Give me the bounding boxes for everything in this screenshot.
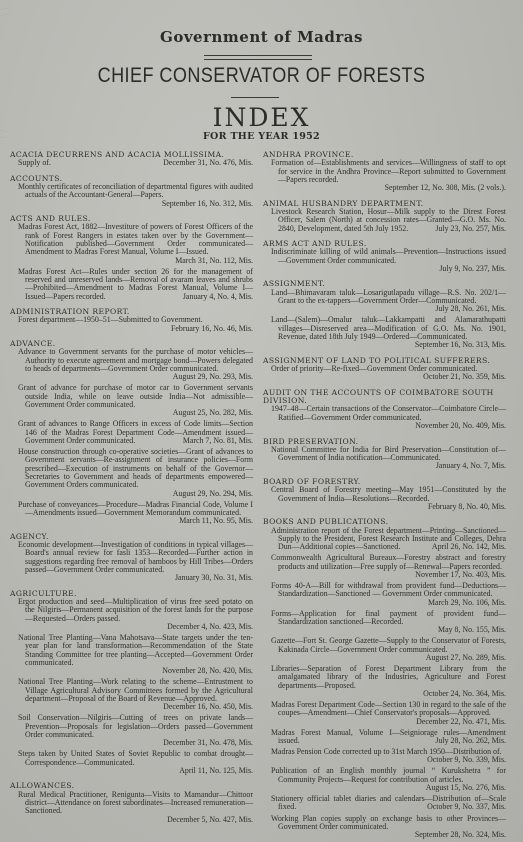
- index-section: ACACIA DECURRENS AND ACACIA MOLLISSIMA.S…: [10, 151, 253, 168]
- index-section: AGENCY.Economic development—Investigatio…: [10, 533, 253, 583]
- index-entry: Order of priority—Re-fixed—Government Or…: [263, 365, 506, 382]
- index-section: AGRICULTURE.Ergot production and seed—Mu…: [10, 590, 253, 775]
- index-section: BOARD OF FORESTRY.Central Board of Fores…: [263, 478, 506, 511]
- entry-text: Madras Pension Code corrected up to 31st…: [271, 747, 502, 756]
- section-heading: AUDIT ON THE ACCOUNTS OF COIMBATORE SOUT…: [263, 389, 506, 406]
- entry-reference: December 16, No. 450, Mis.: [25, 703, 253, 711]
- entry-reference: February 16, No. 46, Mis.: [25, 325, 253, 333]
- index-entry: National Committee for India for Bird Pr…: [263, 446, 506, 471]
- index-entry: Forms 40-A—Bill for withdrawal from prov…: [263, 582, 506, 607]
- document-page: Government of Madras CHIEF CONSERVATOR O…: [0, 0, 523, 842]
- entry-text: Libraries—Separation of Forest Departmen…: [271, 664, 506, 690]
- index-entry: Formation of—Establishments and services…: [263, 159, 506, 192]
- index-column-left: ACACIA DECURRENS AND ACACIA MOLLISSIMA.S…: [10, 151, 253, 831]
- entry-reference: September 28, No. 324, Mis.: [278, 831, 506, 839]
- index-entry: National Tree Planting—Work relating to …: [10, 678, 253, 711]
- department-title: CHIEF CONSERVATOR OF FORESTS: [37, 64, 487, 88]
- index-entry: Madras Forest Act, 1882—Investiture of p…: [10, 223, 253, 264]
- entry-text: Commonwealth Agricultural Bureaux—Forest…: [271, 553, 506, 570]
- entry-text: Advance to Government servants for the p…: [18, 347, 253, 373]
- entry-reference: November 28, No. 420, Mis.: [25, 667, 253, 675]
- entry-text: Grant of advance for purchase of motor c…: [18, 383, 253, 409]
- entry-reference: August 25, No. 282, Mis.: [25, 409, 253, 417]
- entry-text: Ergot production and seed—Multiplication…: [18, 597, 253, 623]
- index-entry: Soil Conservation—Nilgiris—Cutting of tr…: [10, 714, 253, 747]
- double-rule-divider: [204, 55, 312, 60]
- entry-reference: August 29, No. 294, Mis.: [25, 490, 253, 498]
- index-entry: Working Plan copies supply on exchange b…: [263, 815, 506, 840]
- index-entry: Forest department—1950–51—Submitted to G…: [10, 316, 253, 333]
- index-section: ASSIGNMENT.Land—Bhimavaram taluk—Losarig…: [263, 280, 506, 349]
- entry-text: Working Plan copies supply on exchange b…: [271, 814, 506, 831]
- entry-reference: January 4, No. 4, Mis.: [183, 293, 253, 301]
- entry-reference: March 11, No. 95, Mis.: [179, 517, 253, 525]
- index-entry: Libraries—Separation of Forest Departmen…: [263, 665, 506, 698]
- index-section: ARMS ACT AND RULES.Indiscriminate killin…: [263, 240, 506, 273]
- index-section: AUDIT ON THE ACCOUNTS OF COIMBATORE SOUT…: [263, 389, 506, 430]
- index-entry: Gazette—Fort St. George Gazette—Supply t…: [263, 637, 506, 662]
- index-title: INDEX: [0, 103, 523, 132]
- entry-reference: September 16, No. 312, Mis.: [162, 200, 253, 208]
- index-entry: Stationery official tablet diaries and c…: [263, 795, 506, 812]
- index-entry: Land—(Salem)—Omalur taluk—Lakkampatti an…: [263, 316, 506, 349]
- entry-reference: December 22, No. 471, Mis.: [416, 718, 506, 726]
- rule-divider: [231, 97, 279, 98]
- entry-text: Madras Forest Act, 1882—Investiture of p…: [18, 222, 253, 256]
- entry-text: House construction through co-operative …: [18, 447, 253, 489]
- index-entry: Administration report of the Forest depa…: [263, 527, 506, 552]
- index-section: BIRD PRESERVATION.National Committee for…: [263, 438, 506, 471]
- index-entry: Steps taken by United States of Soviet R…: [10, 750, 253, 775]
- entry-reference: October 9, No. 339, Mis.: [427, 756, 506, 764]
- entry-reference: July 9, No. 237, Mis.: [278, 265, 506, 273]
- index-entry: Madras Forest Manual, Volume I—Seigniora…: [263, 729, 506, 746]
- entry-text: Steps taken by United States of Soviet R…: [18, 749, 253, 766]
- entry-text: Purchase of conveyances—Procedure—Madras…: [18, 500, 253, 517]
- index-section: ANIMAL HUSBANDRY DEPARTMENT.Livestock Re…: [263, 200, 506, 233]
- index-entry: Commonwealth Agricultural Bureaux—Forest…: [263, 554, 506, 579]
- index-entry: 1947–48—Certain transactions of the Cons…: [263, 405, 506, 430]
- entry-text: National Committee for India for Bird Pr…: [271, 445, 506, 462]
- index-section: ADMINISTRATION REPORT.Forest department—…: [10, 308, 253, 333]
- index-entry: Madras Pension Code corrected up to 31st…: [263, 748, 506, 765]
- entry-reference: March 29, No. 106, Mis.: [428, 599, 506, 607]
- entry-reference: January 30, No. 31, Mis.: [25, 574, 253, 582]
- entry-text: Rural Medical Practitioner, Renigunta—Vi…: [18, 790, 253, 816]
- entry-reference: May 8, No. 155, Mis.: [278, 626, 506, 634]
- entry-reference: April 11, No. 125, Mis.: [25, 767, 253, 775]
- entry-reference: December 5, No. 427, Mis.: [25, 816, 253, 824]
- index-entry: Grant of advance for purchase of motor c…: [10, 384, 253, 417]
- entry-text: Formation of—Establishments and services…: [271, 158, 506, 184]
- entry-reference: July 28, No. 262, Mis.: [435, 737, 506, 745]
- entry-reference: March 7, No. 81, Mis.: [183, 437, 253, 445]
- entry-text: Indiscriminate killing of wild animals—P…: [271, 247, 506, 264]
- index-entry: Rural Medical Practitioner, Renigunta—Vi…: [10, 791, 253, 824]
- entry-text: Order of priority—Re-fixed—Government Or…: [271, 364, 477, 373]
- entry-reference: August 29, No. 293, Mis.: [25, 373, 253, 381]
- index-entry: Forms—Application for final payment of p…: [263, 610, 506, 635]
- index-entry: Economic development—Investigation of co…: [10, 541, 253, 582]
- entry-text: Gazette—Fort St. George Gazette—Supply t…: [271, 636, 506, 653]
- entry-text: Madras Forest Department Code—Section 13…: [271, 700, 506, 717]
- entry-text: National Tree Planting—Work relating to …: [18, 677, 253, 703]
- index-section: BOOKS AND PUBLICATIONS.Administration re…: [263, 518, 506, 839]
- index-entry: Grant of advances to Range Officers in e…: [10, 420, 253, 445]
- index-entry: National Tree Planting—Vana Mahotsava—St…: [10, 634, 253, 675]
- index-section: ASSIGNMENT OF LAND TO POLITICAL SUFFERER…: [263, 357, 506, 382]
- year-line: FOR THE YEAR 1952: [0, 131, 523, 142]
- entry-reference: January 4, No. 7, Mis.: [436, 462, 506, 470]
- index-column-right: ANDHRA PROVINCE.Formation of—Establishme…: [263, 151, 506, 842]
- entry-reference: October 21, No. 359, Mis.: [423, 373, 506, 381]
- entry-reference: August 27, No. 289, Mis.: [426, 654, 506, 662]
- index-entry: Madras Forest Act—Rules under section 26…: [10, 268, 253, 301]
- index-entry: Livestock Research Station, Hosur—Milk s…: [263, 208, 506, 233]
- index-entry: Supply of. December 31, No. 476, Mis.: [10, 159, 253, 167]
- entry-reference: April 26, No. 142, Mis.: [432, 543, 506, 551]
- entry-reference: March 31, No. 112, Mis.: [25, 257, 253, 265]
- entry-reference: December 4, No. 423, Mis.: [25, 623, 253, 631]
- entry-text: Forms 40-A—Bill for withdrawal from prov…: [271, 581, 506, 598]
- index-entry: Publication of an English monthly journa…: [263, 767, 506, 792]
- entry-text: Supply of.: [18, 158, 51, 167]
- index-section: ADVANCE.Advance to Government servants f…: [10, 340, 253, 525]
- index-section: ACCOUNTS.Monthly certificates of reconci…: [10, 175, 253, 208]
- index-section: ACTS AND RULES.Madras Forest Act, 1882—I…: [10, 215, 253, 301]
- entry-text: Publication of an English monthly journa…: [271, 766, 506, 783]
- entry-text: Economic development—Investigation of co…: [18, 540, 253, 574]
- index-section: ANDHRA PROVINCE.Formation of—Establishme…: [263, 151, 506, 192]
- entry-reference: July 28, No. 261, Mis.: [435, 305, 506, 313]
- index-section: ALLOWANCES.Rural Medical Practitioner, R…: [10, 782, 253, 823]
- index-entry: Indiscriminate killing of wild animals—P…: [263, 248, 506, 273]
- entry-reference: October 9, No. 337, Mis.: [427, 803, 506, 811]
- entry-reference: February 8, No. 40, Mis.: [278, 503, 506, 511]
- entry-reference: September 16, No. 313, Mis.: [415, 341, 506, 349]
- entry-text: Central Board of Forestry meeting—May 19…: [271, 485, 506, 502]
- index-entry: House construction through co-operative …: [10, 448, 253, 498]
- entry-reference: July 23, No. 257, Mis.: [435, 225, 506, 233]
- entry-text: Land—(Salem)—Omalur taluk—Lakkampatti an…: [271, 315, 506, 341]
- index-entry: Central Board of Forestry meeting—May 19…: [263, 486, 506, 511]
- entry-reference: November 17, No. 403, Mis.: [415, 571, 506, 579]
- index-entry: Purchase of conveyances—Procedure—Madras…: [10, 501, 253, 526]
- entry-text: Soil Conservation—Nilgiris—Cutting of tr…: [18, 713, 253, 739]
- entry-reference: December 31, No. 476, Mis.: [163, 159, 253, 167]
- entry-text: National Tree Planting—Vana Mahotsava—St…: [18, 633, 253, 667]
- entry-text: Forms—Application for final payment of p…: [271, 609, 506, 626]
- entry-reference: September 12, No. 308, Mis. (2 vols.).: [278, 184, 506, 192]
- index-entry: Monthly certificates of reconciliation o…: [10, 183, 253, 208]
- government-title: Government of Madras: [0, 28, 523, 46]
- entry-reference: October 24, No. 364, Mis.: [278, 690, 506, 698]
- index-entry: Madras Forest Department Code—Section 13…: [263, 701, 506, 726]
- index-entry: Ergot production and seed—Multiplication…: [10, 598, 253, 631]
- entry-reference: August 15, No. 276, Mis.: [426, 784, 506, 792]
- index-entry: Land—Bhimavaram taluk—Losarigutlapadu vi…: [263, 289, 506, 314]
- entry-text: Land—Bhimavaram taluk—Losarigutlapadu vi…: [271, 288, 506, 305]
- index-entry: Advance to Government servants for the p…: [10, 348, 253, 381]
- entry-reference: December 31, No. 478, Mis.: [25, 739, 253, 747]
- entry-reference: November 20, No. 409, Mis.: [278, 422, 506, 430]
- entry-text: Monthly certificates of reconciliation o…: [18, 182, 253, 199]
- entry-text: 1947–48—Certain transactions of the Cons…: [271, 404, 506, 421]
